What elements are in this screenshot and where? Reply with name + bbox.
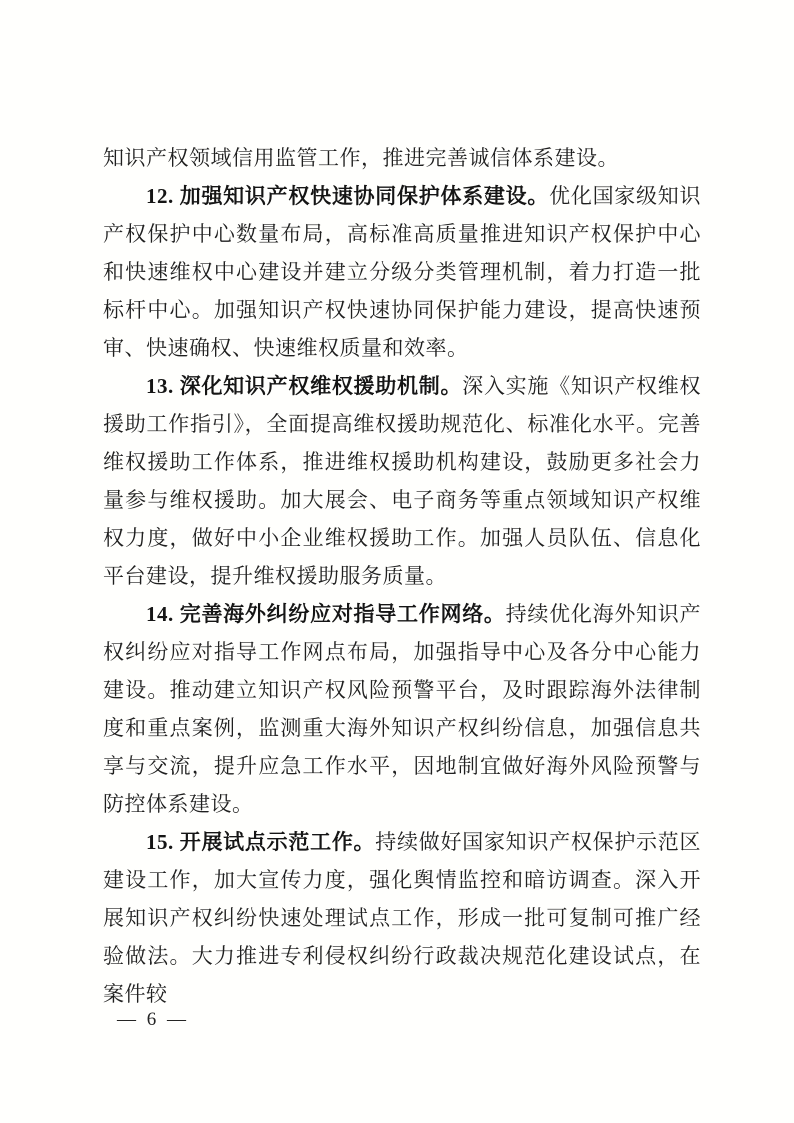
paragraph: 13. 深化知识产权维权援助机制。深入实施《知识产权维权援助工作指引》，全面提高… <box>103 367 701 595</box>
paragraph-text: 深入实施《知识产权维权援助工作指引》，全面提高维权援助规范化、标准化水平。完善维… <box>103 374 701 588</box>
paragraph-heading: 15. 开展试点示范工作。 <box>146 830 375 854</box>
document-body: 知识产权领域信用监管工作，推进完善诚信体系建设。 12. 加强知识产权快速协同保… <box>103 139 701 1013</box>
paragraph-text: 知识产权领域信用监管工作，推进完善诚信体系建设。 <box>103 146 619 170</box>
paragraph: 12. 加强知识产权快速协同保护体系建设。优化国家级知识产权保护中心数量布局，高… <box>103 177 701 367</box>
paragraph-heading: 13. 深化知识产权维权援助机制。 <box>146 374 462 398</box>
paragraph: 15. 开展试点示范工作。持续做好国家知识产权保护示范区建设工作，加大宣传力度，… <box>103 823 701 1013</box>
document-page: 知识产权领域信用监管工作，推进完善诚信体系建设。 12. 加强知识产权快速协同保… <box>0 0 794 1123</box>
paragraph-text: 持续优化海外知识产权纠纷应对指导工作网点布局，加强指导中心及各分中心能力建设。推… <box>103 602 701 816</box>
paragraph: 14. 完善海外纠纷应对指导工作网络。持续优化海外知识产权纠纷应对指导工作网点布… <box>103 595 701 823</box>
paragraph: 知识产权领域信用监管工作，推进完善诚信体系建设。 <box>103 139 701 177</box>
paragraph-text: 优化国家级知识产权保护中心数量布局，高标准高质量推进知识产权保护中心和快速维权中… <box>103 184 701 360</box>
paragraph-text: 持续做好国家知识产权保护示范区建设工作，加大宣传力度，强化舆情监控和暗访调查。深… <box>103 830 701 1006</box>
page-number: — 6 — <box>117 1008 189 1032</box>
paragraph-heading: 14. 完善海外纠纷应对指导工作网络。 <box>146 602 506 626</box>
paragraph-heading: 12. 加强知识产权快速协同保护体系建设。 <box>146 184 549 208</box>
